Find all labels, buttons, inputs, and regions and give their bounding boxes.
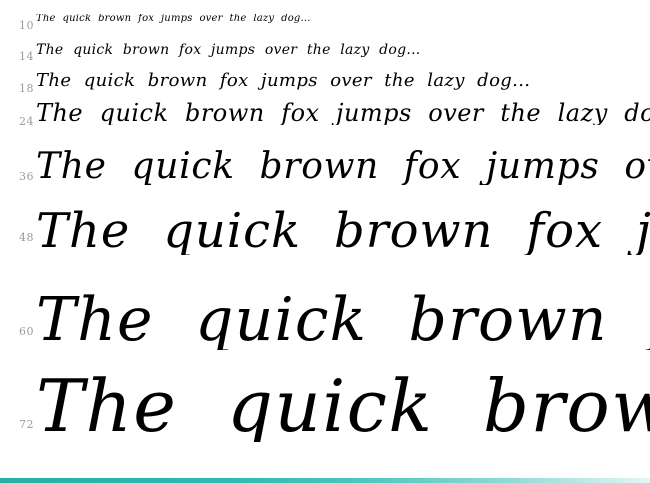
- size-label-10: 10: [8, 20, 34, 31]
- sample-text-60: The quick brown fox jumps over the lazy …: [36, 290, 650, 350]
- sample-text-18: The quick brown fox jumps over the lazy …: [36, 72, 650, 90]
- bottom-accent-bar: [0, 478, 650, 483]
- size-label-72: 72: [8, 419, 34, 430]
- size-label-14: 14: [8, 51, 34, 62]
- sample-text-72: The quick brown fox jumps over the lazy …: [36, 370, 650, 442]
- sample-text-10: The quick brown fox jumps over the lazy …: [36, 14, 650, 24]
- size-label-18: 18: [8, 83, 34, 94]
- sample-text-24: The quick brown fox jumps over the lazy …: [36, 101, 650, 125]
- size-label-48: 48: [8, 232, 34, 243]
- size-label-36: 36: [8, 171, 34, 182]
- font-waterfall-preview: 10 The quick brown fox jumps over the la…: [0, 0, 650, 483]
- size-label-60: 60: [8, 326, 34, 337]
- size-label-24: 24: [8, 116, 34, 127]
- sample-text-14: The quick brown fox jumps over the lazy …: [36, 43, 650, 57]
- sample-text-36: The quick brown fox jumps over the lazy …: [36, 149, 650, 185]
- sample-text-48: The quick brown fox jumps over the lazy …: [36, 207, 650, 255]
